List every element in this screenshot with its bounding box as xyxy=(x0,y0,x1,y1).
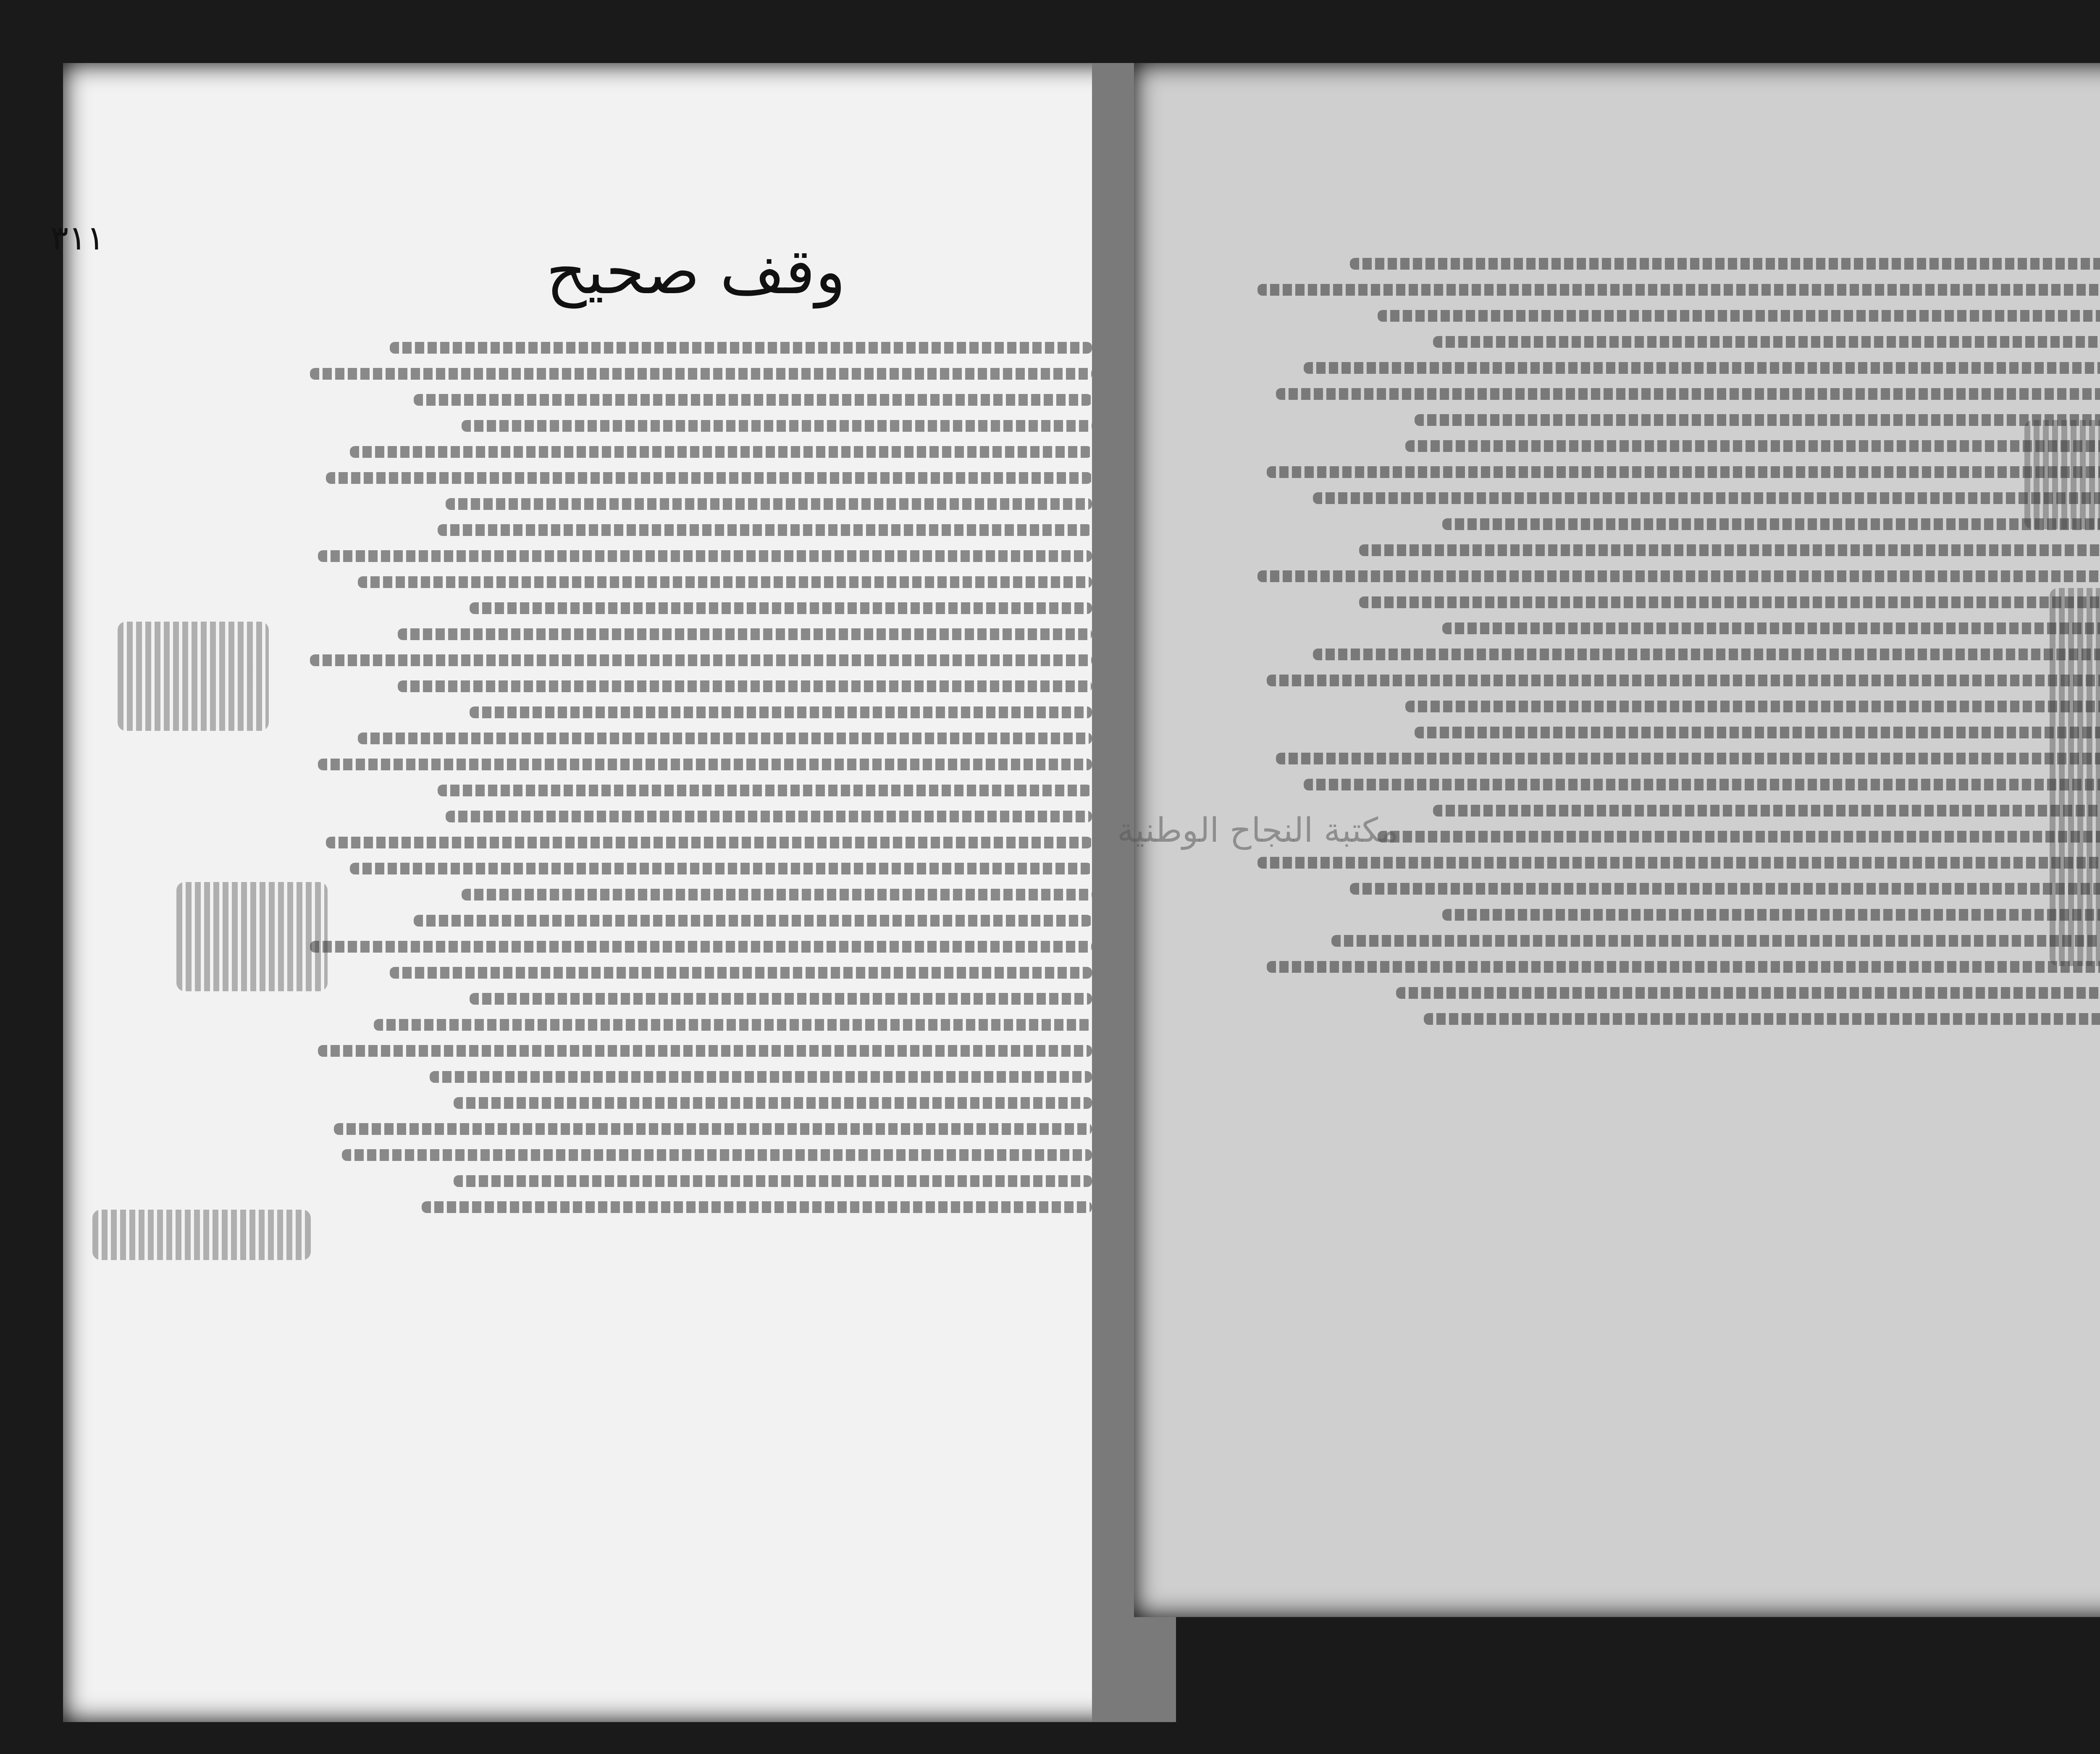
manuscript-line xyxy=(454,1175,1092,1187)
manuscript-line xyxy=(462,420,1092,432)
manuscript-line xyxy=(422,1201,1092,1213)
manuscript-line xyxy=(1257,284,2100,296)
manuscript-line xyxy=(470,706,1092,718)
manuscript-line xyxy=(398,628,1092,640)
manuscript-line xyxy=(1405,701,2100,712)
manuscript-line xyxy=(398,680,1092,692)
margin-note xyxy=(92,1210,311,1260)
left-page-text xyxy=(294,328,1092,1630)
manuscript-line xyxy=(1433,805,2100,817)
manuscript-line xyxy=(310,368,1092,380)
manuscript-line xyxy=(310,941,1092,953)
library-watermark: مكتبة النجاح الوطنية xyxy=(979,811,1399,853)
manuscript-line xyxy=(470,602,1092,614)
manuscript-line xyxy=(358,733,1092,744)
manuscript-line xyxy=(390,342,1092,354)
manuscript-line xyxy=(414,394,1092,406)
manuscript-line xyxy=(334,1123,1092,1135)
manuscript-line xyxy=(454,1097,1092,1109)
pasted-slip xyxy=(2050,588,2100,966)
manuscript-line xyxy=(1276,753,2100,764)
manuscript-line xyxy=(1415,414,2100,426)
manuscript-line xyxy=(326,837,1092,848)
manuscript-line xyxy=(1442,518,2100,530)
right-page-text xyxy=(1239,244,2100,1462)
manuscript-line xyxy=(430,1071,1092,1083)
manuscript-line xyxy=(414,915,1092,927)
manuscript-line xyxy=(1378,831,2100,843)
manuscript-line xyxy=(1267,961,2100,973)
manuscript-line xyxy=(1405,440,2100,452)
manuscript-line xyxy=(374,1019,1092,1031)
manuscript-line xyxy=(1313,492,2100,504)
manuscript-line xyxy=(1442,622,2100,634)
margin-note xyxy=(2024,420,2100,529)
manuscript-line xyxy=(1304,362,2100,374)
manuscript-line xyxy=(1359,544,2100,556)
manuscript-line xyxy=(326,472,1092,484)
manuscript-line xyxy=(1396,987,2100,999)
manuscript-line xyxy=(390,967,1092,979)
manuscript-line xyxy=(1424,1013,2100,1025)
manuscript-line xyxy=(1267,675,2100,686)
manuscript-line xyxy=(462,889,1092,901)
manuscript-line xyxy=(342,1149,1092,1161)
manuscript-line xyxy=(1257,857,2100,869)
manuscript-line xyxy=(438,524,1092,536)
manuscript-line xyxy=(470,993,1092,1005)
manuscript-line xyxy=(1350,258,2100,270)
page-number: ٣١١ xyxy=(50,218,105,257)
manuscript-line xyxy=(438,785,1092,796)
manuscript-line xyxy=(318,1045,1092,1057)
manuscript-line xyxy=(1378,310,2100,322)
margin-note xyxy=(176,882,328,991)
manuscript-line xyxy=(318,550,1092,562)
manuscript-line xyxy=(1359,596,2100,608)
manuscript-line xyxy=(358,576,1092,588)
manuscript-line xyxy=(1350,883,2100,895)
manuscript-line xyxy=(1257,570,2100,582)
manuscript-line xyxy=(1415,727,2100,738)
manuscript-line xyxy=(1442,909,2100,921)
manuscript-line xyxy=(1276,388,2100,400)
manuscript-line xyxy=(1331,935,2100,947)
margin-note xyxy=(118,622,269,731)
manuscript-line xyxy=(350,863,1092,874)
waqf-header: وقف صحيح xyxy=(546,235,845,308)
manuscript-line xyxy=(1304,779,2100,790)
manuscript-line xyxy=(1313,649,2100,660)
manuscript-line xyxy=(1267,466,2100,478)
manuscript-spread: ٣١١ وقف صحيح مكتبة النجاح الوطنية xyxy=(0,0,2100,1754)
manuscript-line xyxy=(310,654,1092,666)
manuscript-line xyxy=(318,759,1092,770)
manuscript-line xyxy=(350,446,1092,458)
manuscript-line xyxy=(446,498,1092,510)
manuscript-line xyxy=(1433,336,2100,348)
